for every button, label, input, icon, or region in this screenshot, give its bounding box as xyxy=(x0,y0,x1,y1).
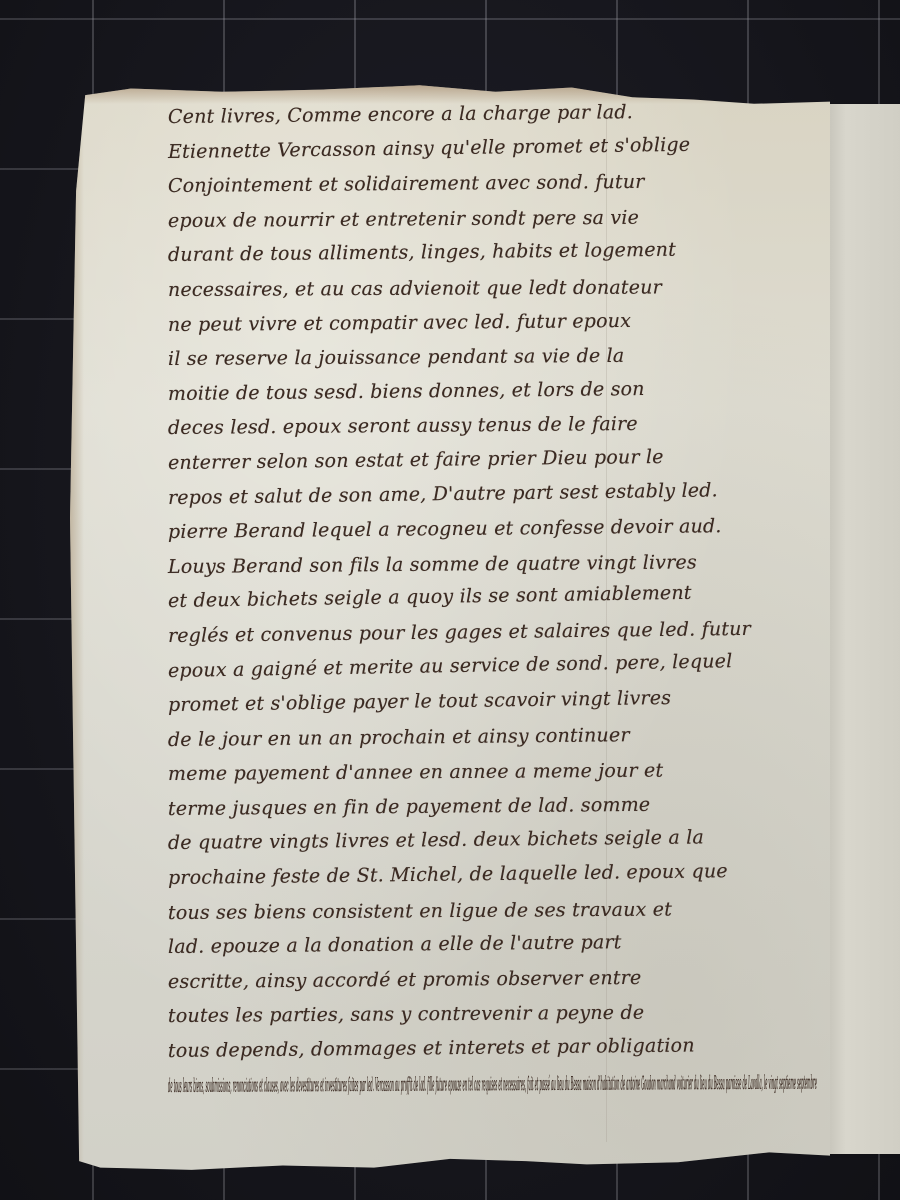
manuscript-line: Conjointement et solidairement avec sond… xyxy=(168,164,818,204)
manuscript-line: lad. epouze a la donation a elle de l'au… xyxy=(168,923,818,964)
manuscript-line: de tous leurs biens, soubmissions, renon… xyxy=(168,1068,291,1103)
manuscript-line: durant de tous alliments, linges, habits… xyxy=(168,232,818,273)
facing-page-edge xyxy=(828,104,900,1154)
handwritten-text: Cent livres, Comme encore a la charge pa… xyxy=(168,100,818,1103)
manuscript-line: prochaine feste de St. Michel, de laquel… xyxy=(168,853,818,896)
manuscript-page: Cent livres, Comme encore a la charge pa… xyxy=(70,82,830,1172)
manuscript-line: pierre Berand lequel a recogneu et confe… xyxy=(168,508,818,549)
manuscript-line: escritte, ainsy accordé et promis observ… xyxy=(168,959,818,999)
manuscript-line: necessaires, et au cas advienoit que led… xyxy=(168,270,818,308)
manuscript-line: ne peut vivre et compatir avec led. futu… xyxy=(168,302,818,342)
manuscript-line: meme payement d'annee en annee a meme jo… xyxy=(168,753,818,792)
manuscript-line: tous depends, dommages et interets et pa… xyxy=(168,1027,818,1068)
manuscript-line: de le jour en un an prochain et ainsy co… xyxy=(168,716,818,757)
manuscript-line: moitie de tous sesd. biens donnes, et lo… xyxy=(168,370,818,411)
